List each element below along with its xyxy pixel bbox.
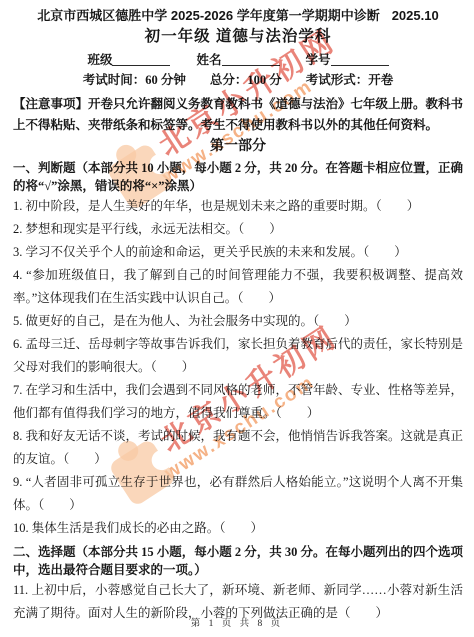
judge-question-10: 10. 集体生活是我们成长的必由之路。（ ） bbox=[13, 517, 463, 540]
field-class: 班级 bbox=[87, 52, 170, 69]
school-title: 北京市西城区德胜中学 2025-2026 学年度第一学期期中诊断 bbox=[37, 7, 379, 24]
judge-question-1: 1. 初中阶段，是人生美好的年华，也是规划未来之路的重要时期。（ ） bbox=[13, 195, 463, 218]
judge-question-6: 6. 孟母三迁、岳母刺字等故事告诉我们，家长担负着教育后代的责任，家长特别是父母… bbox=[13, 333, 463, 379]
field-name-label: 姓名 bbox=[196, 53, 221, 67]
choice-section-header: 二、选择题（本部分共 15 小题，每小题 2 分，共 30 分。在每小题列出的四… bbox=[13, 543, 463, 579]
choice-section: 二、选择题（本部分共 15 小题，每小题 2 分，共 30 分。在每小题列出的四… bbox=[13, 543, 463, 625]
field-student-id: 学号 bbox=[306, 52, 389, 69]
notice-text: 【注意事项】开卷只允许翻阅义务教育教科书《道德与法治》七年级上册。教科书上不得粘… bbox=[13, 94, 463, 135]
exam-date: 2025.10 bbox=[392, 7, 439, 24]
judge-question-list: 1. 初中阶段，是人生美好的年华，也是规划未来之路的重要时期。（ ） 2. 梦想… bbox=[13, 195, 463, 540]
judge-section-header: 一、判断题（本部分共 10 小题，每小题 2 分，共 20 分。在答题卡相应位置… bbox=[13, 159, 463, 195]
exam-format: 考试形式：开卷 bbox=[306, 72, 394, 89]
judge-question-8: 8. 我和好友无话不谈，考试的时候，我有题不会，他悄悄告诉我答案。这就是真正的友… bbox=[13, 425, 463, 471]
exam-info: 考试时间：60 分钟 总分：100 分 考试形式：开卷 bbox=[13, 72, 463, 89]
subject-title: 初一年级 道德与法治学科 bbox=[13, 26, 463, 47]
exam-total-score: 总分：100 分 bbox=[210, 72, 282, 89]
field-student-id-blank bbox=[331, 52, 389, 66]
field-name-blank bbox=[222, 52, 280, 66]
judge-section: 一、判断题（本部分共 10 小题，每小题 2 分，共 20 分。在答题卡相应位置… bbox=[13, 159, 463, 540]
field-class-blank bbox=[112, 52, 170, 66]
judge-question-4: 4. “参加班级值日，我了解到自己的时间管理能力不强，我要积极调整、提高效率。”… bbox=[13, 264, 463, 310]
judge-question-9: 9. “人者固非可孤立生存于世界也，必有群然后人格始能立。”这说明个人离不开集体… bbox=[13, 471, 463, 517]
field-name: 姓名 bbox=[196, 52, 279, 69]
exam-paper-page: 北京市西城区德胜中学 2025-2026 学年度第一学期期中诊断 2025.10… bbox=[0, 0, 474, 637]
judge-question-3: 3. 学习不仅关乎个人的前途和命运，更关乎民族的未来和发展。（ ） bbox=[13, 241, 463, 264]
judge-question-5: 5. 做更好的自己，是在为他人、为社会服务中实现的。（ ） bbox=[13, 310, 463, 333]
exam-duration: 考试时间：60 分钟 bbox=[83, 72, 186, 89]
part-one-title: 第一部分 bbox=[13, 138, 463, 156]
judge-question-2: 2. 梦想和现实是平行线，永远无法相交。（ ） bbox=[13, 218, 463, 241]
field-student-id-label: 学号 bbox=[306, 53, 331, 67]
student-fields: 班级 姓名 学号 bbox=[13, 52, 463, 69]
exam-header: 北京市西城区德胜中学 2025-2026 学年度第一学期期中诊断 2025.10 bbox=[13, 7, 463, 24]
page-footer: 第 1 页 共 8 页 bbox=[0, 615, 474, 629]
field-class-label: 班级 bbox=[87, 53, 112, 67]
judge-question-7: 7. 在学习和生活中，我们会遇到不同风格的老师，不管年龄、专业、性格等差异，他们… bbox=[13, 379, 463, 425]
